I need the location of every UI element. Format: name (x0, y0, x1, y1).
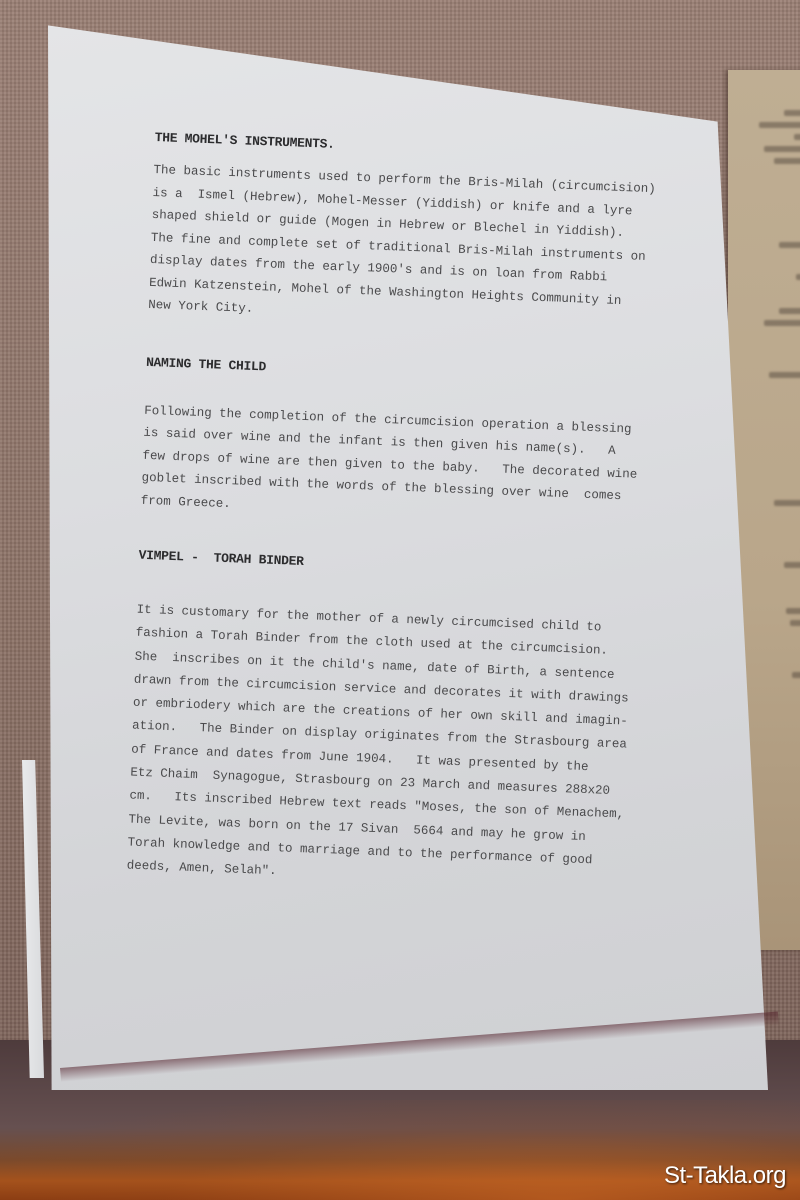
placard-text-blur (764, 146, 800, 152)
placard-text-blur (779, 242, 800, 248)
placard-text-blur (794, 134, 800, 140)
placard-text-blur (764, 320, 800, 326)
placard-text-blur (790, 620, 800, 626)
section-naming-the-child: NAMING THE CHILD Following the completio… (140, 354, 666, 531)
typed-document: THE MOHEL'S INSTRUMENTS. The basic instr… (126, 130, 674, 898)
placard-text-blur (769, 372, 800, 378)
placard-text-blur (784, 110, 800, 116)
placard-text-blur (796, 274, 800, 280)
placard-text-blur (784, 562, 800, 568)
section-torah-binder: VIMPEL - TORAH BINDER It is customary fo… (126, 548, 658, 898)
section-body: It is customary for the mother of a newl… (126, 599, 656, 898)
placard-text-blur (792, 672, 800, 678)
section-heading: NAMING THE CHILD (146, 354, 666, 389)
placard-text-blur (774, 500, 800, 506)
section-heading: VIMPEL - TORAH BINDER (138, 548, 658, 583)
section-mohels-instruments: THE MOHEL'S INSTRUMENTS. The basic instr… (148, 130, 675, 336)
placard-text-blur (786, 608, 800, 614)
site-watermark: St-Takla.org (664, 1162, 786, 1190)
section-body: Following the completion of the circumci… (140, 399, 664, 531)
placard-text-blur (759, 122, 800, 128)
placard-text-blur (779, 308, 800, 314)
placard-text-blur (774, 158, 800, 164)
section-body: The basic instruments used to perform th… (148, 159, 674, 336)
